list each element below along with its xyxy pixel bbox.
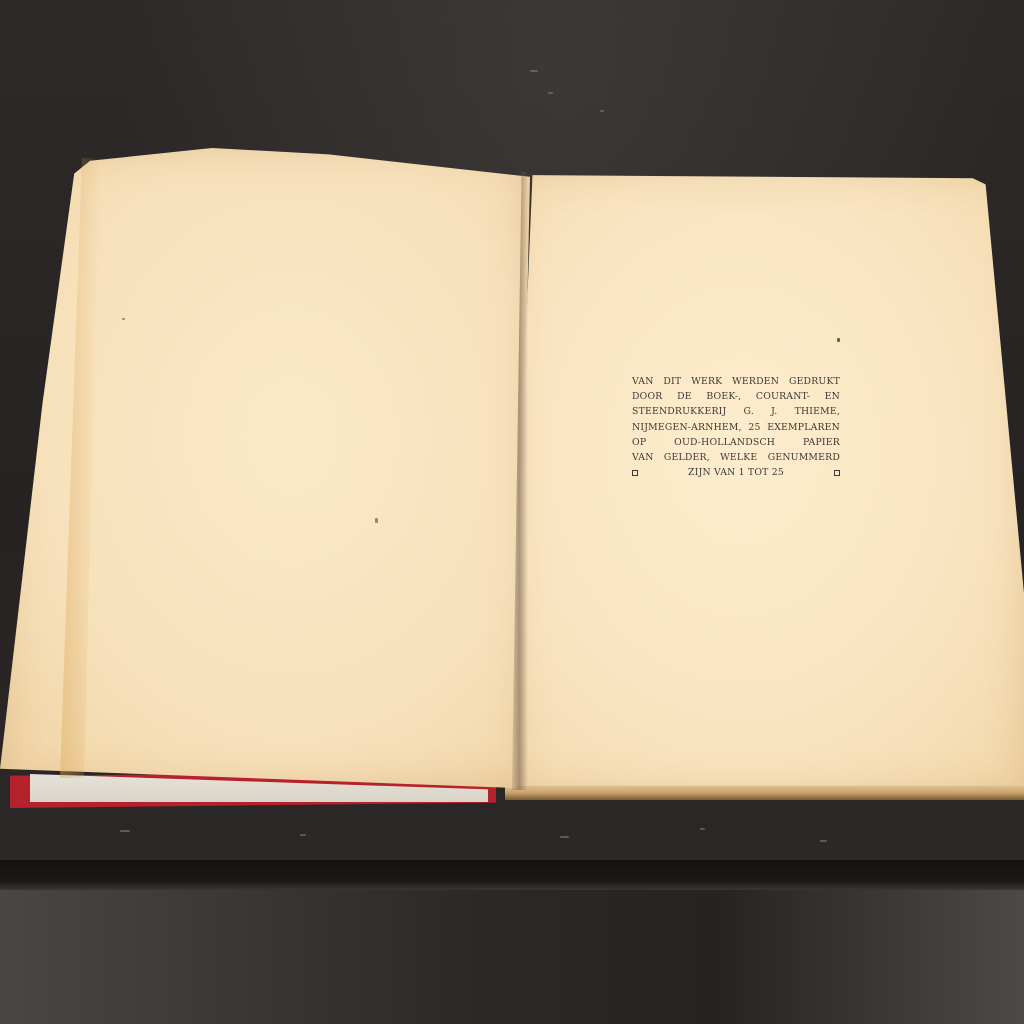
colophon-numbering: ZIJN VAN 1 TOT 25: [688, 465, 784, 480]
right-page: [512, 172, 1024, 792]
colophon-line: DOOR DE BOEK-, COURANT- EN: [632, 389, 840, 404]
square-ornament-icon: [632, 470, 638, 476]
table-speck: [530, 70, 538, 72]
colophon: VAN DIT WERK WERDEN GEDRUKT DOOR DE BOEK…: [632, 374, 840, 480]
colophon-line: VAN DIT WERK WERDEN GEDRUKT: [632, 374, 840, 389]
colophon-last-line: ZIJN VAN 1 TOT 25: [632, 465, 840, 480]
table-speck: [700, 828, 705, 830]
table-groove: [0, 860, 1024, 890]
paper-fleck: [837, 338, 840, 342]
table-speck: [120, 830, 130, 832]
paper-fleck: [375, 518, 378, 523]
colophon-line: STEENDRUKKERIJ G. J. THIEME,: [632, 404, 840, 419]
table-speck: [820, 840, 827, 842]
paper-fleck: [122, 318, 125, 320]
table-speck: [600, 110, 604, 112]
table-speck: [560, 836, 569, 838]
colophon-line: NIJMEGEN-ARNHEM, 25 EXEMPLAREN: [632, 420, 840, 435]
table-front-edge: [0, 890, 1024, 1024]
table-speck: [548, 92, 553, 94]
colophon-line: OP OUD-HOLLANDSCH PAPIER: [632, 435, 840, 450]
table-speck: [300, 834, 306, 836]
square-ornament-icon: [834, 470, 840, 476]
colophon-line: VAN GELDER, WELKE GENUMMERD: [632, 450, 840, 465]
